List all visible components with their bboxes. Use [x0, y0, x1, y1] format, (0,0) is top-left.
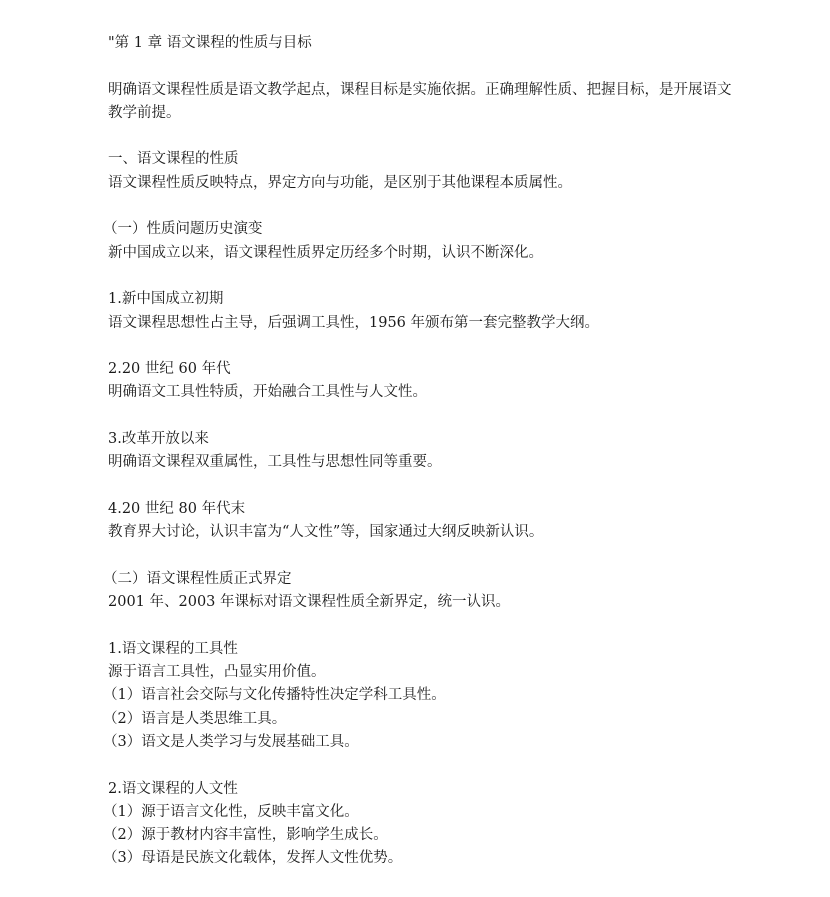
period-heading: 3.改革开放以来 [108, 428, 738, 451]
humanistic-item: （2）源于教材内容丰富性，影响学生成长。 [103, 824, 738, 847]
spacer [108, 195, 738, 218]
section-body-nature: 语文课程性质反映特点，界定方向与功能，是区别于其他课程本质属性。 [108, 172, 738, 195]
humanistic-heading: 2.语文课程的人文性 [108, 778, 738, 801]
spacer [108, 265, 738, 288]
document-page: "第 1 章 语文课程的性质与目标 明确语文课程性质是语文教学起点，课程目标是实… [108, 32, 738, 871]
spacer [108, 754, 738, 777]
subsection-heading-history: （一）性质问题历史演变 [103, 218, 738, 241]
period-body: 明确语文课程双重属性，工具性与思想性同等重要。 [108, 451, 738, 474]
period-body: 明确语文工具性特质，开始融合工具性与人文性。 [108, 381, 738, 404]
spacer [108, 335, 738, 358]
spacer [108, 125, 738, 148]
chapter-title: "第 1 章 语文课程的性质与目标 [108, 32, 738, 55]
spacer [108, 405, 738, 428]
subsection-body-definition: 2001 年、2003 年课标对语文课程性质全新界定，统一认识。 [108, 591, 738, 614]
period-heading: 4.20 世纪 80 年代末 [108, 498, 738, 521]
spacer [108, 545, 738, 568]
tool-heading: 1.语文课程的工具性 [108, 638, 738, 661]
period-heading: 1.新中国成立初期 [108, 288, 738, 311]
subsection-body-history: 新中国成立以来，语文课程性质界定历经多个时期，认识不断深化。 [108, 242, 738, 265]
humanistic-item: （3）母语是民族文化载体，发挥人文性优势。 [103, 847, 738, 870]
spacer [108, 614, 738, 637]
tool-item: （2）语言是人类思维工具。 [103, 708, 738, 731]
spacer [108, 55, 738, 78]
spacer [108, 475, 738, 498]
humanistic-item: （1）源于语言文化性，反映丰富文化。 [103, 801, 738, 824]
period-heading: 2.20 世纪 60 年代 [108, 358, 738, 381]
subsection-heading-definition: （二）语文课程性质正式界定 [103, 568, 738, 591]
intro-paragraph: 明确语文课程性质是语文教学起点，课程目标是实施依据。正确理解性质、把握目标，是开… [108, 79, 738, 126]
tool-body: 源于语言工具性，凸显实用价值。 [108, 661, 738, 684]
period-body: 教育界大讨论，认识丰富为“人文性”等，国家通过大纲反映新认识。 [108, 521, 738, 544]
tool-item: （3）语文是人类学习与发展基础工具。 [103, 731, 738, 754]
section-heading-nature: 一、语文课程的性质 [108, 148, 738, 171]
tool-item: （1）语言社会交际与文化传播特性决定学科工具性。 [103, 684, 738, 707]
period-body: 语文课程思想性占主导，后强调工具性，1956 年颁布第一套完整教学大纲。 [108, 312, 738, 335]
